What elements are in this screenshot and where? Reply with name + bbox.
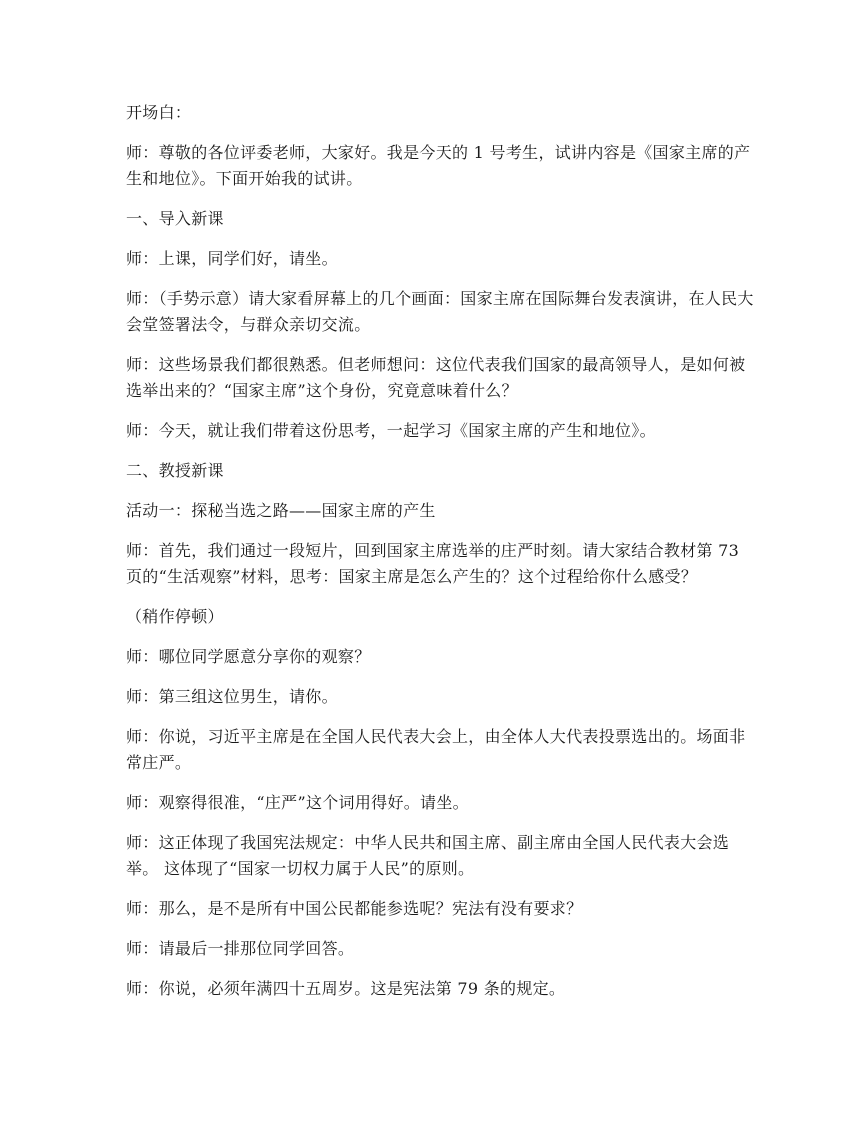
paragraph: 师：这些场景我们都很熟悉。但老师想问：这位代表我们国家的最高领导人，是如何被选举… xyxy=(126,352,756,404)
paragraph: 师：（手势示意）请大家看屏幕上的几个画面：国家主席在国际舞台发表演讲，在人民大会… xyxy=(126,286,756,338)
paragraph: 师：你说，习近平主席是在全国人民代表大会上，由全体人大代表投票选出的。场面非常庄… xyxy=(126,724,756,776)
paragraph: 师：上课，同学们好，请坐。 xyxy=(126,246,756,272)
activity-heading: 活动一：探秘当选之路——国家主席的产生 xyxy=(126,498,756,524)
document-page: 开场白： 师：尊敬的各位评委老师，大家好。我是今天的 1 号考生，试讲内容是《国… xyxy=(126,100,756,1016)
paragraph: 师：那么，是不是所有中国公民都能参选呢？宪法有没有要求？ xyxy=(126,896,756,922)
section-heading-new-lesson: 二、教授新课 xyxy=(126,458,756,484)
paragraph-greeting: 师：尊敬的各位评委老师，大家好。我是今天的 1 号考生，试讲内容是《国家主席的产… xyxy=(126,140,756,192)
paragraph: 师：这正体现了我国宪法规定：中华人民共和国主席、副主席由全国人民代表大会选举。 … xyxy=(126,830,756,882)
paragraph: 师：首先，我们通过一段短片，回到国家主席选举的庄严时刻。请大家结合教材第 73 … xyxy=(126,538,756,590)
paragraph: 师：今天，就让我们带着这份思考，一起学习《国家主席的产生和地位》。 xyxy=(126,418,756,444)
section-heading-intro: 一、导入新课 xyxy=(126,206,756,232)
stage-direction: （稍作停顿） xyxy=(126,604,756,630)
opening-label: 开场白： xyxy=(126,100,756,126)
paragraph: 师：哪位同学愿意分享你的观察？ xyxy=(126,644,756,670)
paragraph: 师：请最后一排那位同学回答。 xyxy=(126,936,756,962)
paragraph: 师：第三组这位男生，请你。 xyxy=(126,684,756,710)
paragraph: 师：观察得很准，“庄严”这个词用得好。请坐。 xyxy=(126,790,756,816)
paragraph: 师：你说，必须年满四十五周岁。这是宪法第 79 条的规定。 xyxy=(126,976,756,1002)
